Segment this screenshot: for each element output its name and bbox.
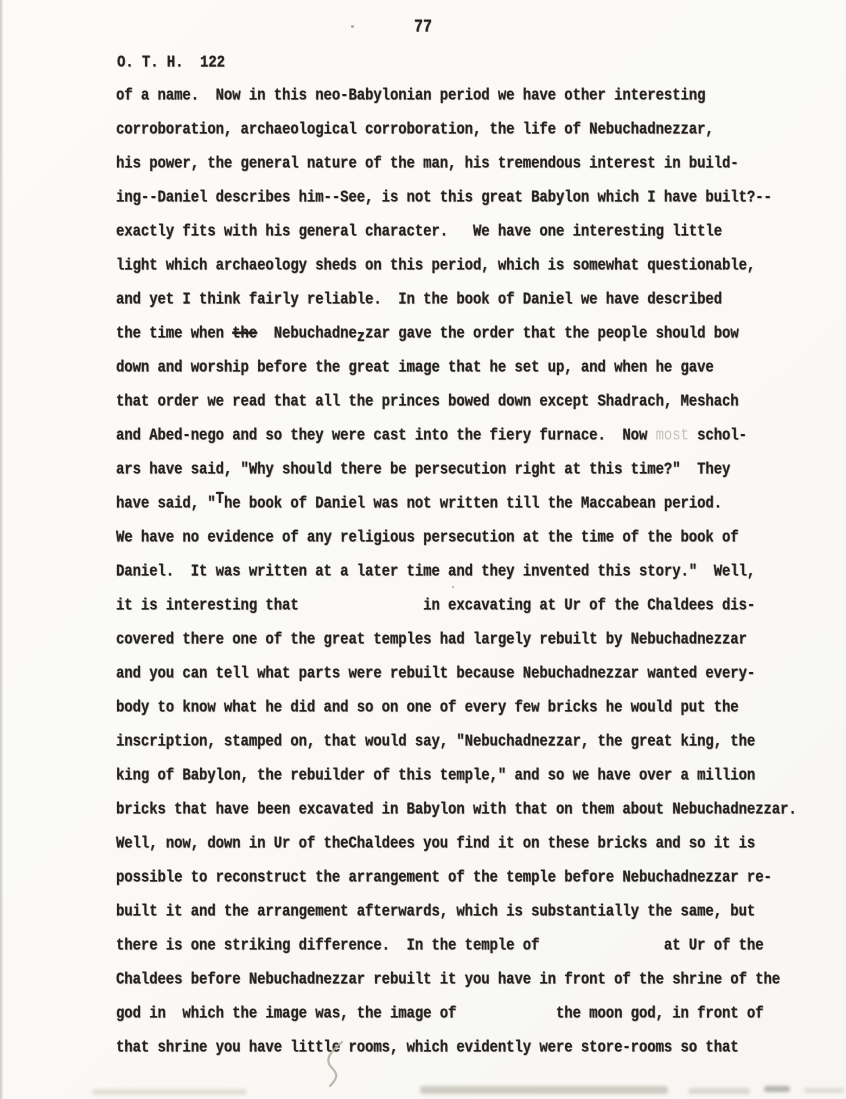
text-segment: Daniel. It was written at a later time a… [116, 562, 755, 581]
scan-smudge [92, 1089, 247, 1095]
text-segment: and you can tell what parts were rebuilt… [116, 664, 755, 683]
text-segment: inscription, stamped on, that would say,… [116, 732, 755, 751]
text-segment-strike: the [232, 324, 257, 343]
ink-speck [452, 586, 454, 588]
text-line: that shrine you have little rooms, which… [116, 1028, 836, 1069]
text-segment: ing--Daniel describes him--See, is not t… [116, 188, 772, 207]
text-segment: that shrine you have little rooms, which… [116, 1038, 739, 1057]
text-segment: schol- [689, 426, 747, 445]
text-segment: of a name. Now in this neo-Babylonian pe… [116, 86, 705, 105]
text-segment: and yet I think fairly reliable. In the … [116, 290, 722, 309]
text-segment: that order we read that all the princes … [116, 392, 739, 411]
text-segment: his power, the general nature of the man… [116, 154, 739, 173]
text-segment: have said, " [116, 494, 216, 513]
text-segment-raised: T [216, 490, 224, 509]
text-segment: there is one striking difference. In the… [116, 936, 764, 955]
scan-edge [0, 0, 3, 1099]
text-segment-faint: most [656, 426, 689, 445]
text-segment: ars have said, "Why should there be pers… [116, 460, 730, 479]
text-segment: it is interesting that in excavating at … [116, 596, 755, 615]
text-segment: zar gave the order that the people shoul… [365, 324, 739, 343]
text-segment: body to know what he did and so on one o… [116, 698, 739, 717]
scan-smudge [804, 1088, 844, 1093]
text-segment: possible to reconstruct the arrangement … [116, 868, 772, 887]
text-segment: the time when [116, 324, 232, 343]
scan-smudge [688, 1088, 750, 1094]
text-segment: king of Babylon, the rebuilder of this t… [116, 766, 755, 785]
text-segment: god in which the image was, the image of… [116, 1004, 764, 1023]
text-segment: down and worship before the great image … [116, 358, 714, 377]
text-segment: he book of Daniel was not written till t… [224, 494, 722, 513]
text-segment: bricks that have been excavated in Babyl… [116, 800, 797, 819]
text-segment: We have no evidence of any religious per… [116, 528, 739, 547]
course-label: O. T. H. 122 [117, 51, 225, 75]
text-segment: covered there one of the great temples h… [116, 630, 747, 649]
text-segment: Well, now, down in Ur of theChaldees you… [116, 834, 755, 853]
scan-smudge [764, 1086, 790, 1092]
document-page: 77 O. T. H. 122 of a name. Now in this n… [0, 0, 846, 1099]
text-segment: built it and the arrangement afterwards,… [116, 902, 755, 921]
text-segment: exactly fits with his general character.… [116, 222, 722, 241]
typed-text-block: of a name. Now in this neo-Babylonian pe… [116, 79, 836, 1065]
text-segment-lowered: z [357, 328, 365, 347]
text-segment: light which archaeology sheds on this pe… [116, 256, 755, 275]
text-segment: Nebuchadne [257, 324, 357, 343]
text-segment: Chaldees before Nebuchadnezzar rebuilt i… [116, 970, 780, 989]
page-number: 77 [0, 16, 846, 40]
pen-stroke-mark [320, 1040, 354, 1088]
text-segment: and Abed-nego and so they were cast into… [116, 426, 656, 445]
scan-smudge [420, 1086, 668, 1094]
ink-speck [351, 25, 354, 28]
text-segment: corroboration, archaeological corroborat… [116, 120, 714, 139]
